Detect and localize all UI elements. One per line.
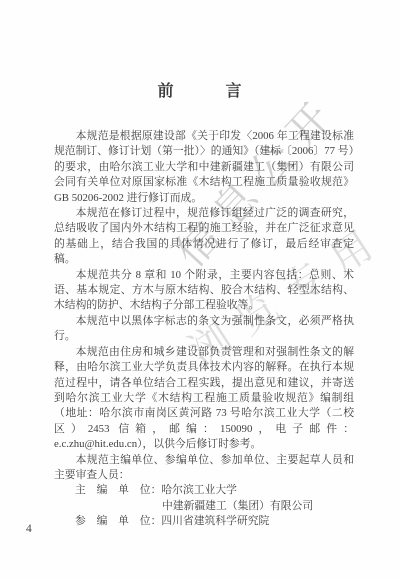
co-editor-unit-1: 四川省建筑科学研究院 xyxy=(161,515,269,527)
page-title: 前 言 xyxy=(0,0,400,101)
preface-body: 本规范是根据原建设部《关于印发〈2006 年工程建设标准规范制订、修订计划（第一… xyxy=(54,129,354,530)
paragraph-contents-overview: 本规范共分 8 章和 10 个附录，主要内容包括：总则、术语、基本规定、方木与原… xyxy=(54,268,354,314)
chief-editor-unit-2: 中建新疆建工（集团）有限公司 xyxy=(162,500,313,512)
paragraph-revision-process: 本规范在修订过程中，规范修订组经过广泛的调查研究，总结吸收了国内外木结构工程的施… xyxy=(54,206,354,268)
paragraph-basis: 本规范是根据原建设部《关于印发〈2006 年工程建设标准规范制订、修订计划（第一… xyxy=(54,129,354,206)
paragraph-units-intro: 本规范主编单位、参编单位、参加单位、主要起草人员和主要审查人员： xyxy=(54,453,354,484)
page-number: 4 xyxy=(26,523,32,535)
paragraph-administration-contact: 本规范由住房和城乡建设部负责管理和对强制性条文的解释，由哈尔滨工业大学负责具体技… xyxy=(54,345,354,453)
co-editor-label: 参 编 单 位： xyxy=(75,515,161,527)
chief-editor-label: 主 编 单 位： xyxy=(75,484,161,496)
co-editor-line: 参 编 单 位：四川省建筑科学研究院 xyxy=(54,514,354,529)
chief-editor-line: 主 编 单 位：哈尔滨工业大学 xyxy=(54,483,354,498)
chief-editor-unit-1: 哈尔滨工业大学 xyxy=(161,484,237,496)
paragraph-mandatory-clauses: 本规范中以黑体字标志的条文为强制性条文，必须严格执行。 xyxy=(54,314,354,345)
chief-editor-line-2: 中建新疆建工（集团）有限公司 xyxy=(54,499,354,514)
document-page: 信息公开 浏览专用 前 言 本规范是根据原建设部《关于印发〈2006 年工程建设… xyxy=(0,0,400,579)
